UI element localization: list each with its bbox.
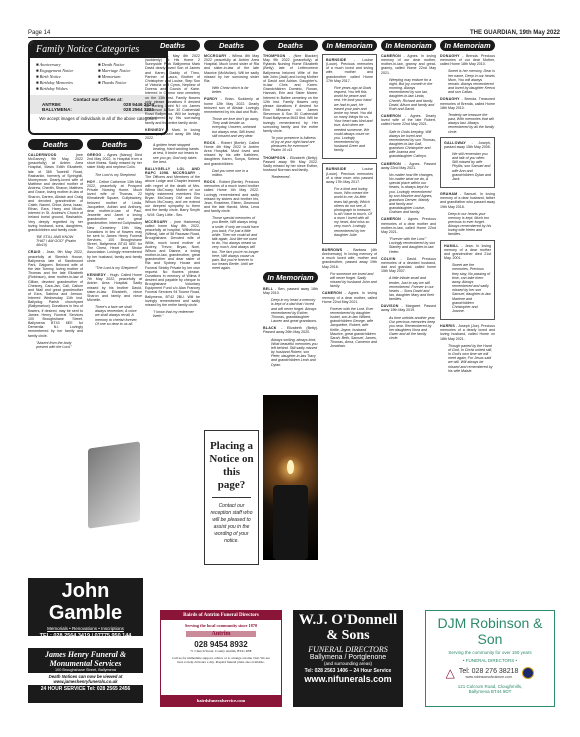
memoriam-heading: In Memoriam [322, 40, 377, 51]
verse: Safe in Gods keeping. Will always be lov… [381, 130, 436, 159]
odonnell-sub: (and surrounding areas) [296, 661, 400, 666]
bairds-location: Antrim [186, 631, 256, 637]
notice: CAMERON - Agnes. Precious memories of a … [381, 217, 436, 234]
verse: As time unfolds another year, Our precio… [381, 316, 436, 341]
verse: There's a face we shall always remember,… [87, 305, 142, 326]
verse: Those we love don't go away, They walk b… [204, 117, 259, 138]
notice: KENNEDY - May 8th 2022 (suddenly) at His… [145, 54, 200, 125]
notice: DAVISON - Margaret. Passed away 19th May… [381, 304, 436, 312]
verse: Deep in my heart a memory is kept of a d… [263, 298, 318, 323]
jh-address: 100 Broughshane Street, Ballymena [30, 668, 141, 672]
djm-role: • FUNERAL DIRECTORS • [426, 658, 554, 663]
deaths-column-1: CALDERWOOD - (nee McGarvey) 9th May, 202… [28, 153, 83, 553]
verse: "The Lord is my Shepherd" [87, 266, 142, 270]
deaths-column-3: KENNEDY - May 8th 2022 (suddenly) at His… [145, 54, 200, 594]
verse: Sweet are the memories, Precious they st… [444, 263, 491, 313]
verse: Tenderly we treasure the past, With memo… [440, 113, 495, 134]
djm-name: DJM Robinson & Son [426, 615, 554, 647]
odonnell-name: W.J. O'Donnell [296, 613, 400, 628]
memoriam-column-7: CAMERON - Agnes. In loving memory of our… [381, 54, 436, 589]
deaths-heading: Deaths [28, 139, 83, 150]
bairds-ad: Bairds of Antrim Funeral Directors Servi… [160, 610, 282, 707]
notice: COLVIN - David. Precious memories of a d… [381, 257, 436, 274]
bairds-name: Bairds of Antrim Funeral Directors [161, 611, 281, 620]
jh-service: 24 HOUR SERVICE Tel: 028 2565 2456 [30, 686, 141, 692]
verse: 'Redeemed'. [263, 175, 318, 179]
notice: MCCROARY - (nee Harkness) called home Ma… [145, 220, 200, 307]
deaths-column-5: THOMPSON - (Nee Blacker) May 9th 2022 (p… [263, 54, 318, 269]
verse: Though parted by the Hand of God, In Chr… [440, 344, 495, 373]
verse: Sweet is her memory, Dear is her name, D… [440, 69, 495, 94]
notice: CAMERON - Agnes. Passed away 22nd May 20… [381, 162, 436, 170]
notice: BALLYGELLY LOL AND RAPC 1098. MCCROARY -… [145, 167, 200, 217]
verse: Deep in our hearts your memory is kept, … [440, 212, 495, 237]
memoriam-heading: In Memoriam [440, 40, 495, 51]
notice: KENNEDY - Hugh. Called Home 7th May 2022… [87, 273, 142, 302]
deaths-column-2: GREGG - Agnes (Nancy) Died 2nd May 2022,… [87, 153, 142, 443]
bairds-website-link[interactable]: bairdsfuneralservice.com [161, 695, 281, 706]
notice: DONAGHY - Brenda. Precious memories of o… [440, 54, 495, 66]
notice: HOY - Celine Catherine 13th May 2022, pe… [87, 180, 142, 263]
deaths-column-4: MCCROARY - Wilma. 8th May 2022 peacefull… [204, 54, 259, 424]
category: Birth Notice [36, 74, 98, 79]
notice: MCCROARY - Wilma. 8th May 2022 peacefull… [204, 54, 259, 83]
notice-box: GALLOWAY - Joseph, passed away 15th May … [440, 137, 495, 188]
notice: ROCK - Robert (Bertie). Precious memorie… [204, 180, 259, 213]
masonic-emblem-icon: △ [446, 666, 455, 680]
verse: The Lord is my Shepherd. [87, 173, 142, 177]
bairds-tagline: Serving the local community since 1870 [161, 623, 281, 628]
memoriam-column-8: DONAGHY - Brenda. Precious memories of o… [440, 54, 495, 589]
notice: DONAGHY - Brenda. Treasured memories of … [440, 97, 495, 109]
memoriam-heading: In Memoriam [263, 272, 318, 283]
notice: CAMERON - Agnes. Dearly loved wife of th… [381, 114, 436, 126]
verse: With Christ which is far better. [204, 86, 259, 94]
ballymena-label: BALLYMENA: [42, 107, 72, 112]
category: Engagement Notice [36, 68, 98, 73]
candle-image [263, 395, 318, 560]
notice: BELL - Ben, passed away 18th May 2010. [263, 287, 318, 295]
deaths-heading: Deaths [87, 139, 142, 150]
verse: Always smiling, always kind, What beauti… [263, 338, 318, 367]
jh-name2: Monumental Services [30, 659, 141, 668]
james-henry-ad: James Henry Funeral & Monumental Service… [28, 648, 143, 703]
verse: No matter how life changes, No matter wh… [381, 173, 436, 215]
notice: GREGG - Agnes (Nancy) Died 2nd May 2022,… [87, 153, 142, 170]
odonnell-area: Ballymena / Portglenone [296, 654, 400, 661]
gamble-services: Memorials • Renovations • Inscriptions [30, 626, 141, 631]
notice: CAMERON - Agnes. In loving memory of our… [381, 54, 436, 75]
odonnell-website-link[interactable]: www.nifunerals.com [296, 674, 400, 684]
verse: For a kind and loving mum, Who meant the… [326, 187, 373, 237]
placing-notice-box: Placing a Notice on this page? Contact o… [204, 430, 259, 565]
notice-box: HAMILL - Jean. In loving memory of a dea… [440, 240, 495, 321]
paper-date: THE GUARDIAN, 19th May 2022 [470, 30, 560, 36]
deaths-heading: Deaths [204, 40, 259, 51]
djm-address2: Ballymena BT44 9DT [426, 689, 554, 694]
verse: A golden heart stopped beating, Hard wor… [145, 143, 200, 164]
odonnell-ad: W.J. O'Donnell & Sons FUNERAL DIRECTORS … [293, 610, 403, 707]
badge-icon [522, 667, 534, 679]
deaths-heading: Deaths [263, 40, 318, 51]
john-gamble-ad: John Gamble Memorials • Renovations • In… [28, 578, 143, 636]
category: Anniversary [36, 62, 98, 67]
verse: A little tribute small and tender, Just … [381, 276, 436, 301]
djm-tagline: Serving the community for over 150 years [426, 650, 554, 655]
notice: BLACK - Elizabeth (Betty). Passed away 2… [263, 326, 318, 334]
notice: CRAIG - Jean, 9th May 2022, peacefully a… [28, 250, 83, 337]
memoriam-column-5: BELL - Ben, passed away 18th May 2010. D… [263, 287, 318, 387]
notice: THOMPSON - Elizabeth (Betty). Passed awa… [263, 156, 318, 173]
notice: CAMERON - Agnes. In loving memory of a d… [322, 291, 377, 303]
verse: Five years ago at Gods request, You left… [326, 86, 373, 153]
category: Birthday Memories [36, 80, 98, 85]
verse: "I know that my redeemer liveth." [145, 310, 200, 318]
notice: CALDERWOOD - (nee McGarvey) 9th May, 202… [28, 153, 83, 232]
notice: GRAHAM - Samuel. In loving memory of a d… [440, 192, 495, 209]
memoriam-column-6: BURNSIDE - Louise (Louie). Precious memo… [322, 54, 377, 554]
notice-box: BURNSIDE - Louise (Louie). Precious memo… [322, 163, 377, 244]
verse: "Forever with the Lord." Lovingly rememb… [381, 237, 436, 254]
placing-title: Placing a Notice on this page? [208, 440, 255, 492]
odonnell-name2: & Sons [296, 628, 400, 643]
verse: Those special memories of you Bertie, Wi… [204, 216, 259, 270]
verse: For someone we loved and will never forg… [322, 272, 377, 289]
category: Birthday Wishes [36, 86, 98, 91]
notice: KENNEDY - Mark. In loving memory, passed… [145, 128, 200, 140]
notice: BURROWS - Barbara (4th Anniversary) In l… [322, 248, 377, 269]
verse: Weeping may endure for a night, But joy … [381, 78, 436, 111]
notice: PURDY - Brian. Suddenly at home 12th May… [204, 97, 259, 114]
bairds-info: Call us for immediate support, advice or… [161, 653, 281, 667]
placing-text: Contact our reception staff who will be … [208, 503, 255, 545]
odonnell-role: FUNERAL DIRECTORS [296, 645, 400, 654]
verse: Dad you were one in a million. [204, 169, 259, 177]
jh-name: James Henry Funeral & [30, 650, 141, 659]
djm-robinson-ad: DJM Robinson & Son Serving the community… [425, 610, 555, 707]
verse: Forever with the Lord. Ever remembered b… [322, 307, 377, 349]
deaths-heading: Deaths [145, 40, 200, 51]
header-rule [28, 37, 560, 38]
notice: ROCK - Robert (Bertie). Called Home 4th … [204, 141, 259, 166]
page-number: Page 14 [28, 30, 50, 36]
gamble-tel: TEL: 028 2564 3419 / 07775 950 144 [30, 633, 141, 636]
bairds-tel: 028 9454 8932 [161, 640, 281, 649]
verse: "Absent from the body present with the L… [28, 341, 83, 349]
djm-website-link[interactable]: www.robinsonsofculcrum.com [459, 675, 519, 679]
notice-box: BURNSIDE - Louise (Louie). Precious memo… [322, 54, 377, 159]
verse: "In your presence is fullness of joy at … [263, 136, 318, 153]
verse: We still remember you and talk of you of… [444, 152, 491, 181]
djm-tel: Tel: 028 276 38218 [459, 668, 519, 675]
notice: THOMPSON - (Nee Blacker) May 9th 2022 (p… [263, 54, 318, 133]
gamble-name: John Gamble [30, 580, 141, 624]
bible-image [88, 441, 140, 528]
memoriam-heading: In Memoriam [381, 40, 436, 51]
notice: HARRIS - Joseph (Joe). Precious memories… [440, 324, 495, 341]
jh-website-link[interactable]: www.jameshenryfunerals.co.uk [29, 679, 142, 684]
verse: "BE STILL AND KNOW THAT I AM GOD" (Psalm… [28, 235, 83, 247]
